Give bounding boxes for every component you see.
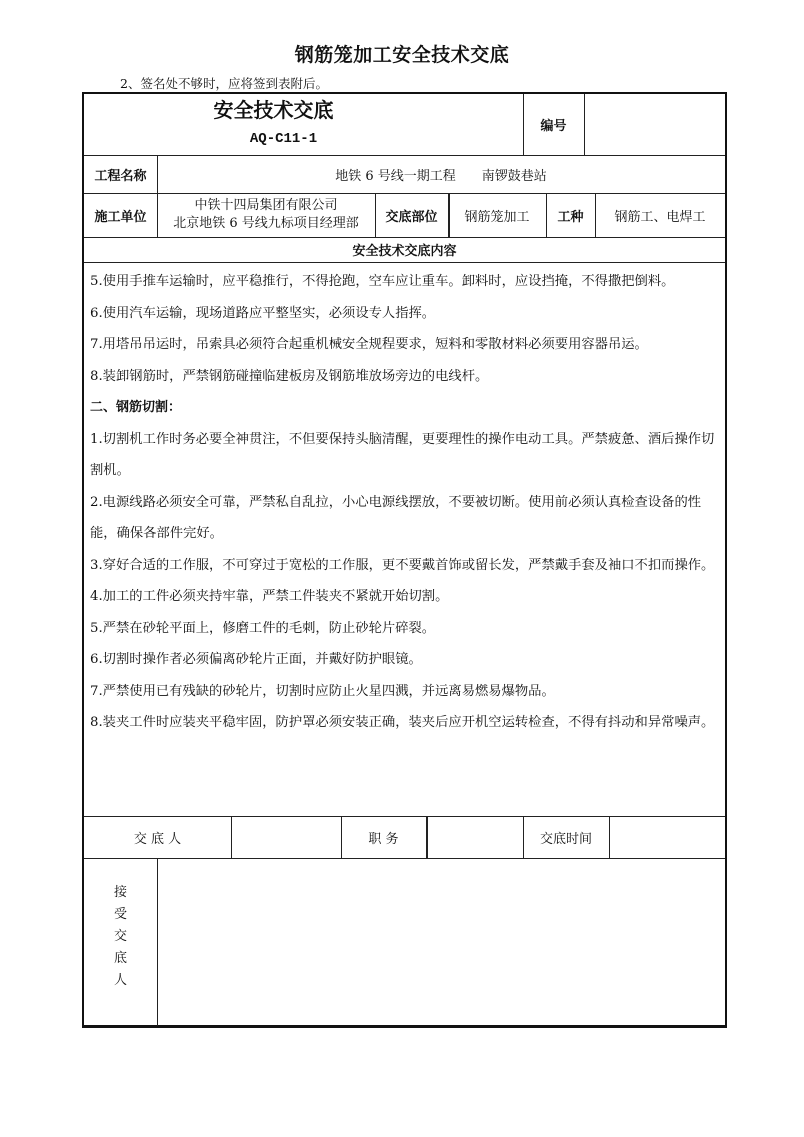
construction-unit-line2: 北京地铁 6 号线九标项目经理部 — [173, 215, 359, 233]
project-name-value: 地铁 6 号线一期工程 南锣鼓巷站 — [157, 155, 725, 193]
content-item: 5.使用手推车运输时，应平稳推行，不得抢跑，空车应让重车。卸料时，应设挡掩，不得… — [90, 266, 719, 298]
content-item: 7.严禁使用已有残缺的砂轮片，切割时应防止火星四溅，并远离易燃易爆物品。 — [90, 676, 719, 708]
receiver-signature-area[interactable] — [157, 858, 725, 1026]
content-item: 2.电源线路必须安全可靠，严禁私自乱拉，小心电源线摆放，不要被切断。使用前必须认… — [90, 487, 719, 550]
construction-unit-line1: 中铁十四局集团有限公司 — [194, 197, 337, 215]
section-heading: 二、钢筋切割： — [90, 392, 719, 424]
receiver-label-char: 人 — [114, 970, 127, 992]
content-item: 5.严禁在砂轮平面上，修磨工件的毛刺，防止砂轮片碎裂。 — [90, 613, 719, 645]
content-item: 8.装卸钢筋时，严禁钢筋碰撞临建板房及钢筋堆放场旁边的电线杆。 — [90, 361, 719, 393]
signature-note: 2、签名处不够时，应将签到表附后。 — [120, 74, 328, 92]
briefing-content: 5.使用手推车运输时，应平稳推行，不得抢跑，空车应让重车。卸料时，应设挡掩，不得… — [90, 266, 719, 739]
project-name-label: 工程名称 — [84, 155, 157, 193]
construction-unit-value: 中铁十四局集团有限公司 北京地铁 6 号线九标项目经理部 — [157, 193, 375, 237]
receiver-label-char: 受 — [114, 904, 127, 926]
receiver-label-char: 交 — [114, 926, 127, 948]
briefing-time-field[interactable] — [609, 816, 725, 858]
content-item: 1.切割机工作时务必要全神贯注，不但要保持头脑清醒，更要理性的操作电动工具。严禁… — [90, 424, 719, 487]
receiver-label: 接 受 交 底 人 — [84, 858, 157, 1026]
trade-value: 钢筋工、电焊工 — [595, 193, 725, 237]
number-field[interactable] — [584, 94, 725, 155]
content-item: 4.加工的工件必须夹持牢靠，严禁工件装夹不紧就开始切割。 — [90, 581, 719, 613]
content-item: 8.装夹工件时应装夹平稳牢固，防护罩必须安装正确，装夹后应开机空运转检查，不得有… — [90, 707, 719, 739]
trade-label: 工种 — [546, 193, 595, 237]
row-divider — [84, 262, 725, 263]
briefing-time-label: 交底时间 — [523, 816, 609, 858]
safety-briefing-table: 安全技术交底 AQ-C11-1 编号 工程名称 地铁 6 号线一期工程 南锣鼓巷… — [82, 92, 727, 1028]
content-item: 6.使用汽车运输，现场道路应平整坚实，必须设专人指挥。 — [90, 298, 719, 330]
number-label: 编号 — [523, 94, 584, 155]
content-item: 6.切割时操作者必须偏离砂轮片正面，并戴好防护眼镜。 — [90, 644, 719, 676]
presenter-label: 交 底 人 — [84, 816, 231, 858]
receiver-label-char: 接 — [114, 882, 127, 904]
briefing-part-label: 交底部位 — [375, 193, 448, 237]
form-code: AQ-C11-1 — [250, 131, 317, 147]
construction-unit-label: 施工单位 — [84, 193, 157, 237]
position-label: 职 务 — [341, 816, 426, 858]
content-heading: 安全技术交底内容 — [84, 237, 725, 262]
form-title: 安全技术交底 — [214, 94, 334, 123]
content-item: 3.穿好合适的工作服，不可穿过于宽松的工作服，更不要戴首饰或留长发，严禁戴手套及… — [90, 550, 719, 582]
receiver-label-char: 底 — [114, 948, 127, 970]
content-item: 7.用塔吊吊运时，吊索具必须符合起重机械安全规程要求，短料和零散材料必须要用容器… — [90, 329, 719, 361]
document-title: 钢筋笼加工安全技术交底 — [0, 40, 804, 67]
position-field[interactable] — [426, 816, 523, 858]
briefing-part-value: 钢筋笼加工 — [448, 193, 546, 237]
form-title-cell: 安全技术交底 AQ-C11-1 — [84, 94, 523, 155]
presenter-field[interactable] — [231, 816, 341, 858]
